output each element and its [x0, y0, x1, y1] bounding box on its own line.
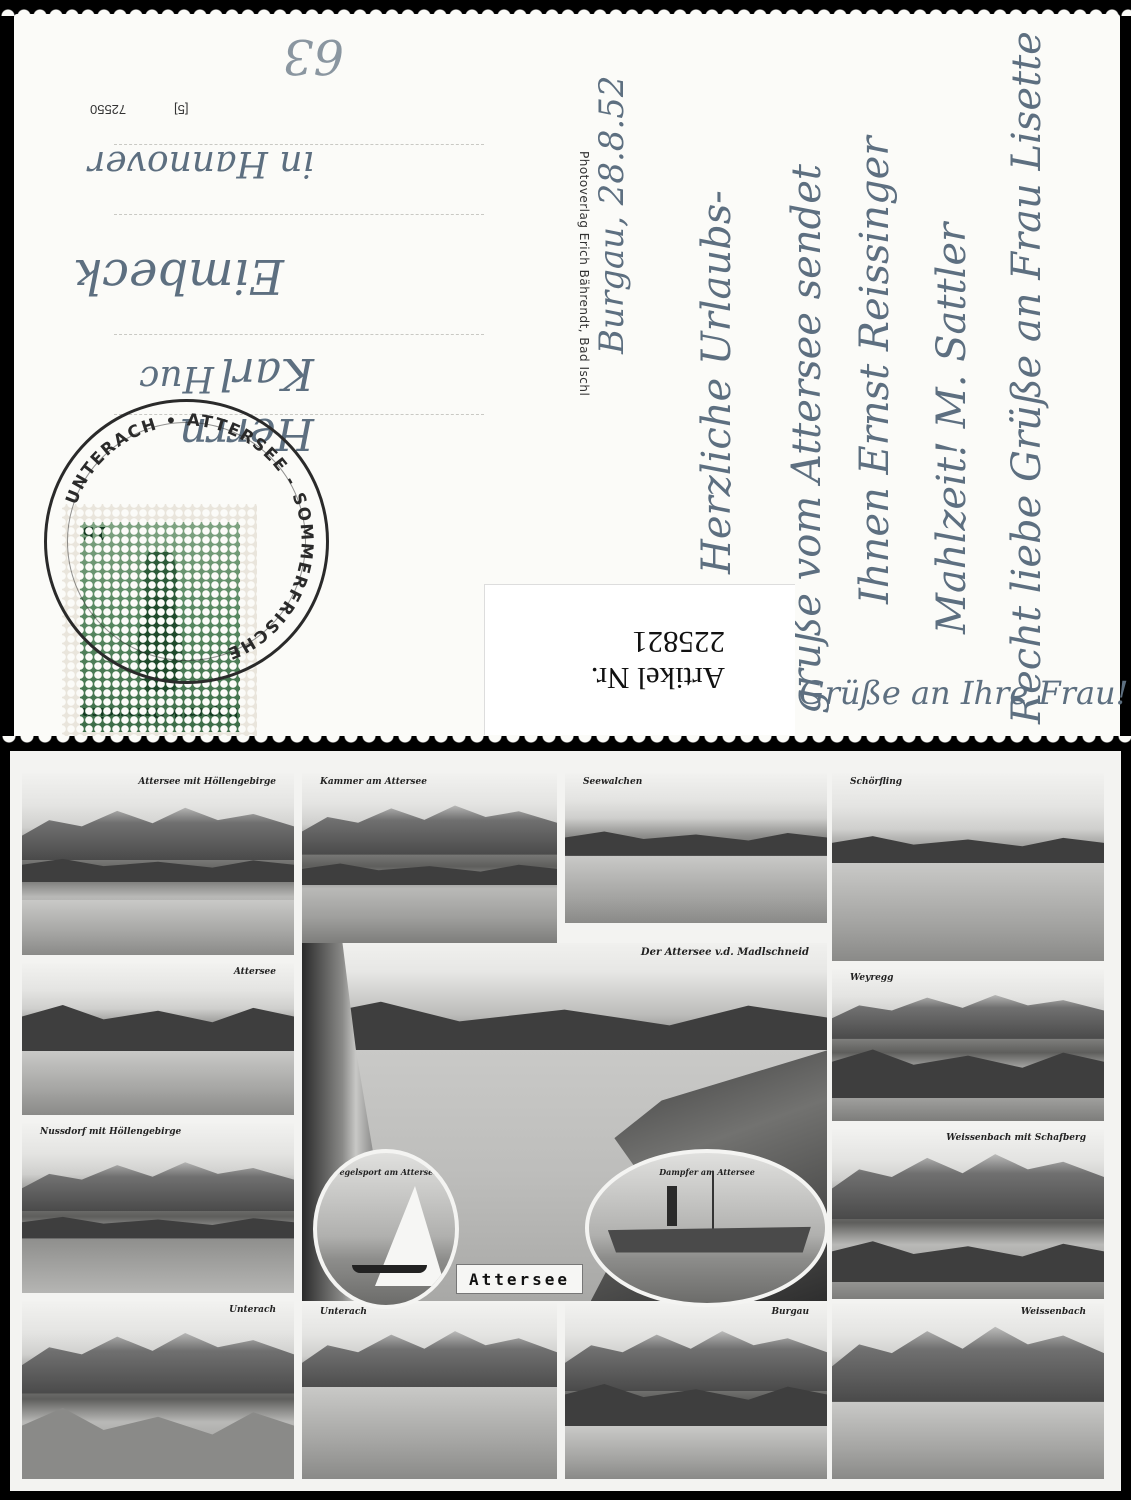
- collage-title: Attersee: [456, 1264, 583, 1294]
- photo-caption: Der Attersee v.d. Madlschneid: [641, 947, 809, 958]
- address-line-first: Karl: [220, 348, 314, 399]
- photo-caption: Unterach: [229, 1305, 276, 1315]
- photo-burgau: Burgau: [565, 1303, 827, 1479]
- photo-schoerfling: Schörfling: [832, 773, 1104, 961]
- address-line-name: Eimbeck: [73, 248, 284, 304]
- photo-caption: Weissenbach mit Schafberg: [946, 1133, 1086, 1143]
- postcard-back-paper: 72550 [5] 63 in Hannover Eimbeck Karl Hu…: [14, 14, 1120, 745]
- photo-caption: Schörfling: [850, 777, 902, 787]
- photo-nussdorf: Nussdorf mit Höllengebirge: [22, 1123, 294, 1293]
- photo-weissenbach: Weissenbach: [832, 1303, 1104, 1479]
- photo-attersee-village: Attersee: [22, 963, 294, 1115]
- oval-caption: Segelsport am Attersee: [317, 1167, 455, 1177]
- message-line: Herzliche Urlaubs-: [694, 190, 740, 574]
- photo-caption: Attersee mit Höllengebirge: [138, 777, 276, 787]
- pencil-note: 63: [283, 28, 344, 84]
- print-code: 72550: [90, 102, 126, 117]
- article-number: 225821: [632, 624, 725, 660]
- oval-steamer: Dampfer am Attersee: [585, 1149, 829, 1307]
- photo-caption: Nussdorf mit Höllengebirge: [40, 1127, 181, 1137]
- photo-caption: Attersee: [234, 967, 276, 977]
- article-number-caption: Artikel Nr.: [591, 660, 725, 696]
- multiview-collage: Attersee mit Höllengebirge Kammer am Att…: [10, 751, 1121, 1491]
- stamp-country: Republik Österreich: [80, 704, 240, 720]
- photo-unterach-2: Unterach: [302, 1303, 557, 1479]
- postcard-front: Attersee mit Höllengebirge Kammer am Att…: [0, 745, 1131, 1500]
- print-mark: [5]: [174, 102, 188, 117]
- photo-weyregg: Weyregg: [832, 969, 1104, 1121]
- photo-caption: Kammer am Attersee: [320, 777, 427, 787]
- photo-kammer: Kammer am Attersee: [302, 773, 557, 943]
- message-line-bottom: Grüße an Ihre Frau!: [799, 674, 1129, 712]
- address-line: [114, 334, 484, 335]
- photo-weissenbach-schafberg: Weissenbach mit Schafberg: [832, 1129, 1104, 1299]
- message-date-line: Burgau, 28.8.52: [592, 76, 632, 354]
- message-line: Ihnen Ernst Reissinger: [852, 137, 898, 604]
- photo-caption: Weissenbach: [1021, 1307, 1086, 1317]
- photo-caption: Seewalchen: [583, 777, 642, 787]
- photo-unterach-1: Unterach: [22, 1301, 294, 1479]
- postmark-text-ring: UNTERACH • ATTERSEE - SOMMERFRISCHE: [47, 402, 326, 681]
- svg-text:UNTERACH • ATTERSEE - SOMMERFR: UNTERACH • ATTERSEE - SOMMERFRISCHE: [62, 410, 317, 663]
- oval-caption: Dampfer am Attersee: [589, 1167, 825, 1177]
- address-line-extra: Huc: [139, 358, 214, 399]
- postmark: UNTERACH • ATTERSEE - SOMMERFRISCHE: [44, 399, 329, 684]
- photo-caption: Weyregg: [850, 973, 893, 983]
- message-line: Mahlzeit! M. Sattler: [929, 223, 975, 634]
- photo-attersee-hoellengebirge: Attersee mit Höllengebirge: [22, 773, 294, 955]
- oval-sailing: Segelsport am Attersee: [313, 1149, 459, 1309]
- address-line: [114, 214, 484, 215]
- photo-seewalchen: Seewalchen: [565, 773, 827, 923]
- postcard-back: 72550 [5] 63 in Hannover Eimbeck Karl Hu…: [0, 0, 1131, 745]
- photo-caption: Unterach: [320, 1307, 367, 1317]
- message-line: Recht liebe Grüße an Frau Lisette: [1004, 31, 1050, 724]
- address-line-city: in Hannover: [88, 143, 314, 184]
- publisher-imprint: Photoverlag Erich Bährendt, Bad Ischl: [577, 151, 591, 451]
- photo-caption: Burgau: [771, 1307, 809, 1317]
- article-number-label: Artikel Nr. 225821: [484, 584, 795, 735]
